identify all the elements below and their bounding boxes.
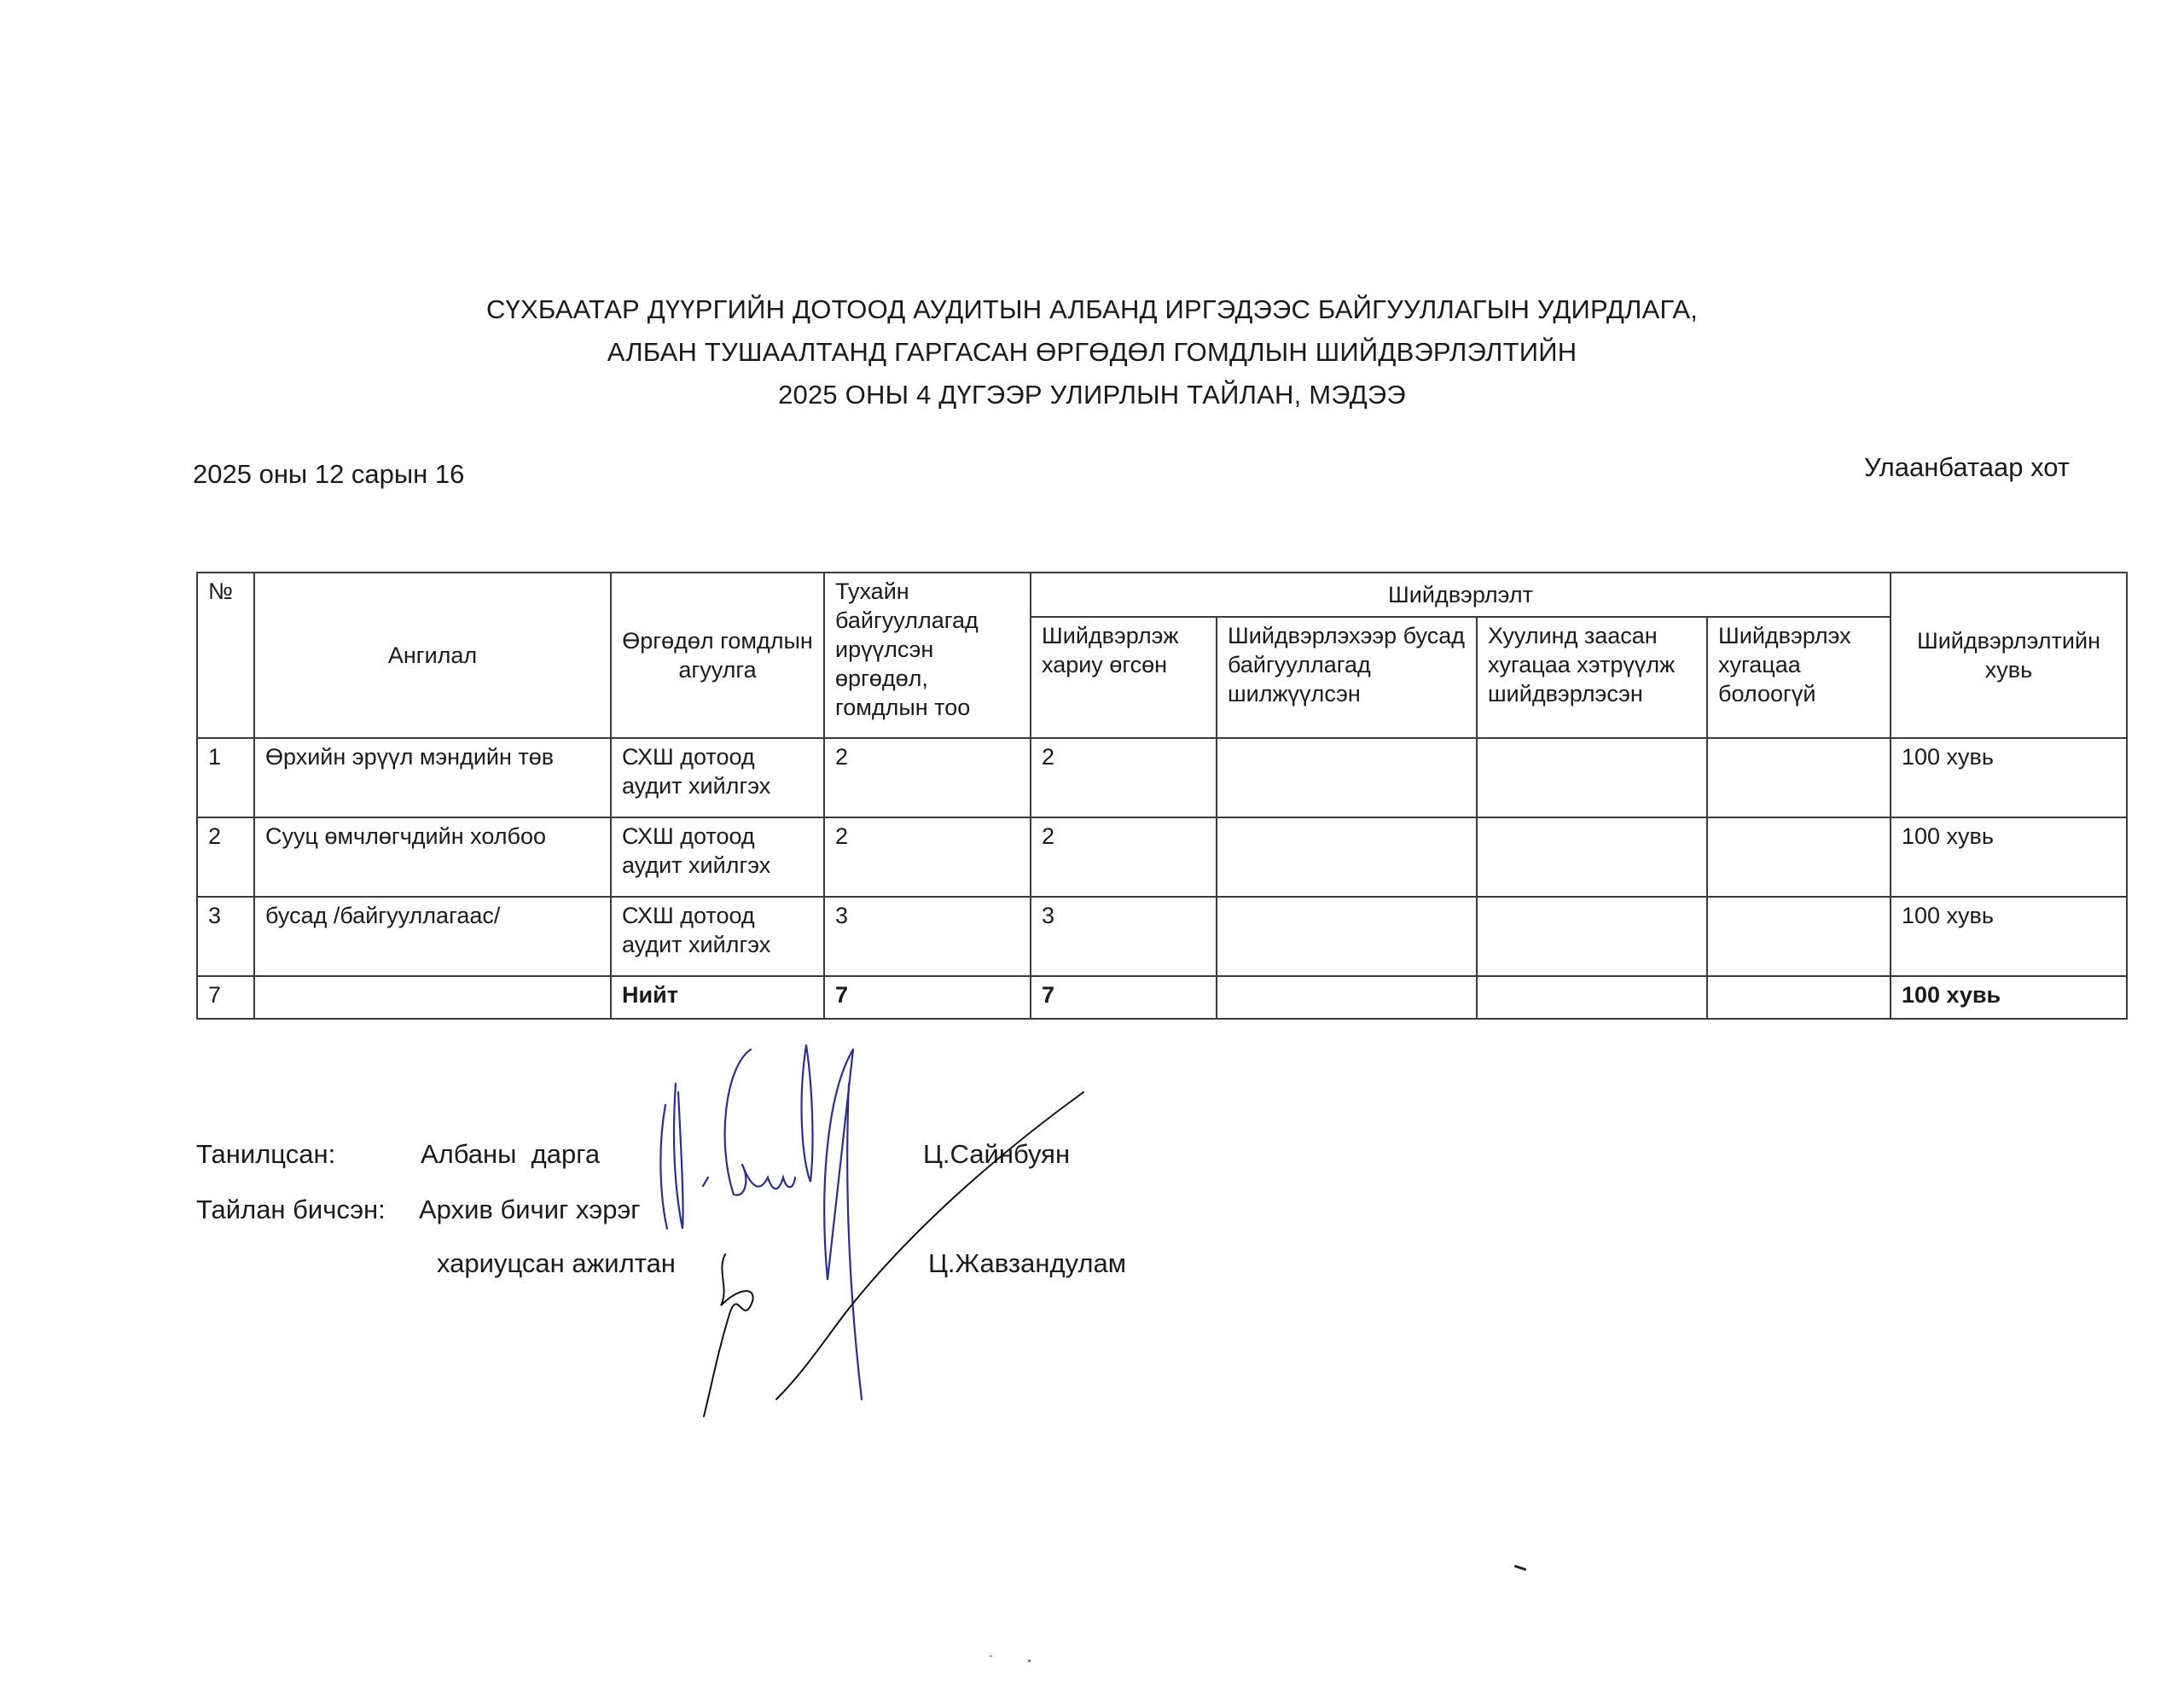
- total-transferred: [1217, 976, 1477, 1019]
- header-resolution-group: Шийдвэрлэлт: [1031, 573, 1891, 617]
- cell-extended: [1477, 897, 1707, 976]
- cell-content: СХШ дотоод аудит хийлгэх: [611, 817, 824, 897]
- cell-count: 3: [824, 897, 1031, 976]
- table-row: 2 Сууц өмчлөгчдийн холбоо СХШ дотоод ауд…: [197, 817, 2127, 897]
- header-category: Ангилал: [254, 573, 611, 738]
- table-row: 1 Өрхийн эрүүл мэндийн төв СХШ дотоод ау…: [197, 738, 2127, 817]
- report-table: № Ангилал Өргөдөл гомдлын агуулга Тухайн…: [196, 572, 2128, 1020]
- report-title: СҮХБААТАР ДҮҮРГИЙН ДОТООД АУДИТЫН АЛБАНД…: [0, 288, 2184, 416]
- cell-transferred: [1217, 738, 1477, 817]
- cell-extended: [1477, 738, 1707, 817]
- total-extended: [1477, 976, 1707, 1019]
- header-content: Өргөдөл гомдлын агуулга: [611, 573, 824, 738]
- cell-category: Сууц өмчлөгчдийн холбоо: [254, 817, 611, 897]
- header-rate: Шийдвэрлэлтийн хувь: [1891, 573, 2127, 738]
- prepared-position-line2: хариуцсан ажилтан: [437, 1248, 676, 1279]
- cell-resolved-answered: 2: [1031, 738, 1217, 817]
- cell-count: 2: [824, 738, 1031, 817]
- total-label: Нийт: [611, 976, 824, 1019]
- total-count: 7: [824, 976, 1031, 1019]
- scan-speck: [1028, 1660, 1031, 1662]
- total-category: [254, 976, 611, 1019]
- total-no: 7: [197, 976, 254, 1019]
- header-resolved-answered: Шийдвэрлэж хариу өгсөн: [1031, 617, 1217, 738]
- cell-extended: [1477, 817, 1707, 897]
- acknowledged-label: Танилцсан:: [196, 1139, 335, 1170]
- cell-rate: 100 хувь: [1891, 897, 2127, 976]
- total-rate: 100 хувь: [1891, 976, 2127, 1019]
- header-count: Тухайн байгууллагад ирүүлсэн өргөдөл, го…: [824, 573, 1031, 738]
- scan-speck: [990, 1655, 992, 1657]
- cell-resolved-answered: 2: [1031, 817, 1217, 897]
- cell-rate: 100 хувь: [1891, 817, 2127, 897]
- report-city: Улаанбатаар хот: [1864, 452, 2070, 483]
- cell-transferred: [1217, 897, 1477, 976]
- header-not-due: Шийдвэрлэх хугацаа болоогүй: [1707, 617, 1891, 738]
- scan-speck: [1514, 1565, 1526, 1571]
- cell-not-due: [1707, 897, 1891, 976]
- cell-resolved-answered: 3: [1031, 897, 1217, 976]
- report-date: 2025 оны 12 сарын 16: [193, 459, 464, 490]
- table-total-row: 7 Нийт 7 7 100 хувь: [197, 976, 2127, 1019]
- cell-category: бусад /байгууллагаас/: [254, 897, 611, 976]
- total-resolved-answered: 7: [1031, 976, 1217, 1019]
- header-extended: Хуулинд заасан хугацаа хэтрүүлж шийдвэрл…: [1477, 617, 1707, 738]
- header-transferred: Шийдвэрлэхээр бусад байгууллагад шилжүүл…: [1217, 617, 1477, 738]
- title-line-3: 2025 ОНЫ 4 ДҮГЭЭР УЛИРЛЫН ТАЙЛАН, МЭДЭЭ: [0, 374, 2184, 416]
- cell-no: 1: [197, 738, 254, 817]
- title-line-1: СҮХБААТАР ДҮҮРГИЙН ДОТООД АУДИТЫН АЛБАНД…: [0, 288, 2184, 331]
- acknowledged-position: Албаны дарга: [421, 1139, 600, 1170]
- prepared-position-line1: Архив бичиг хэрэг: [419, 1195, 641, 1225]
- table-header-row-1: № Ангилал Өргөдөл гомдлын агуулга Тухайн…: [197, 573, 2127, 617]
- handwritten-signatures-icon: [631, 1032, 1109, 1425]
- cell-category: Өрхийн эрүүл мэндийн төв: [254, 738, 611, 817]
- prepared-name: Ц.Жавзандулам: [928, 1248, 1126, 1279]
- cell-count: 2: [824, 817, 1031, 897]
- header-no: №: [197, 573, 254, 738]
- cell-no: 3: [197, 897, 254, 976]
- cell-content: СХШ дотоод аудит хийлгэх: [611, 897, 824, 976]
- cell-transferred: [1217, 817, 1477, 897]
- cell-content: СХШ дотоод аудит хийлгэх: [611, 738, 824, 817]
- table-row: 3 бусад /байгууллагаас/ СХШ дотоод аудит…: [197, 897, 2127, 976]
- acknowledged-name: Ц.Сайнбуян: [923, 1139, 1070, 1170]
- cell-not-due: [1707, 817, 1891, 897]
- total-not-due: [1707, 976, 1891, 1019]
- cell-not-due: [1707, 738, 1891, 817]
- cell-no: 2: [197, 817, 254, 897]
- title-line-2: АЛБАН ТУШААЛТАНД ГАРГАСАН ӨРГӨДӨЛ ГОМДЛЫ…: [0, 331, 2184, 374]
- prepared-label: Тайлан бичсэн:: [196, 1195, 386, 1225]
- cell-rate: 100 хувь: [1891, 738, 2127, 817]
